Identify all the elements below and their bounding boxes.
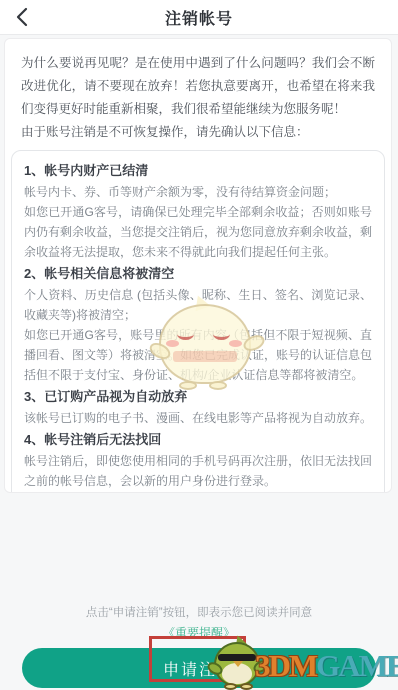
app-header: 注销帐号 [0, 0, 398, 35]
chevron-left-icon [16, 7, 28, 27]
section-paragraph: 该帐号已订购的电子书、漫画、在线电影等产品将视为自动放弃。 [24, 408, 372, 428]
section-paragraph: 帐号注销后，即使您使用相同的手机号码再次注册，依旧无法找回之前的帐号信息，会以新… [24, 451, 372, 491]
policy-section: 2、帐号相关信息将被清空 个人资料、历史信息 (包括头像、昵称、生日、签名、浏览… [24, 263, 372, 385]
policy-section: 4、帐号注销后无法找回 帐号注销后，即使您使用相同的手机号码再次注册，依旧无法找… [24, 429, 372, 491]
section-paragraph: 如您已开通G客号，账号里的所有内容（包括但不限于短视频、直播回看、图文等）将被清… [24, 325, 372, 385]
section-title: 1、帐号内财产已结清 [24, 160, 372, 182]
section-title: 2、帐号相关信息将被清空 [24, 263, 372, 285]
intro-text: 为什么要说再见呢？是在使用中遇到了什么问题吗？我们会不断改进优化，请不要现在放弃… [5, 39, 391, 144]
page-title: 注销帐号 [165, 6, 233, 29]
policy-section: 3、已订购产品视为自动放弃 该帐号已订购的电子书、漫画、在线电影等产品将视为自动… [24, 386, 372, 428]
intro-paragraph: 为什么要说再见呢？是在使用中遇到了什么问题吗？我们会不断改进优化，请不要现在放弃… [21, 52, 375, 121]
content-card: 为什么要说再见呢？是在使用中遇到了什么问题吗？我们会不断改进优化，请不要现在放弃… [4, 38, 392, 493]
account-deletion-screen: 注销帐号 为什么要说再见呢？是在使用中遇到了什么问题吗？我们会不断改进优化，请不… [0, 0, 398, 690]
back-button[interactable] [8, 4, 36, 30]
policy-card: 1、帐号内财产已结清 帐号内卡、券、币等财产余额为零，没有待结算资金问题； 如您… [11, 150, 385, 493]
intro-paragraph: 由于账号注销是不可恢复操作，请先确认以下信息： [21, 121, 375, 144]
agreement-text: 点击“申请注销”按钮，即表示您已阅读并同意 [0, 604, 398, 620]
section-paragraph: 如您已开通G客号，请确保已处理完毕全部剩余收益；否则如账号内仍有剩余收益，当您提… [24, 202, 372, 262]
section-title: 4、帐号注销后无法找回 [24, 429, 372, 451]
important-notice-link[interactable]: 《重要提醒》 [0, 624, 398, 641]
apply-deletion-button[interactable]: 申请注销 [22, 648, 376, 688]
section-paragraph: 个人资料、历史信息 (包括头像、昵称、生日、签名、浏览记录、收藏夹等)将被清空； [24, 285, 372, 325]
section-paragraph: 帐号内卡、券、币等财产余额为零，没有待结算资金问题； [24, 182, 372, 202]
policy-section: 1、帐号内财产已结清 帐号内卡、券、币等财产余额为零，没有待结算资金问题； 如您… [24, 160, 372, 262]
section-title: 3、已订购产品视为自动放弃 [24, 386, 372, 408]
apply-deletion-button-label: 申请注销 [163, 657, 235, 680]
